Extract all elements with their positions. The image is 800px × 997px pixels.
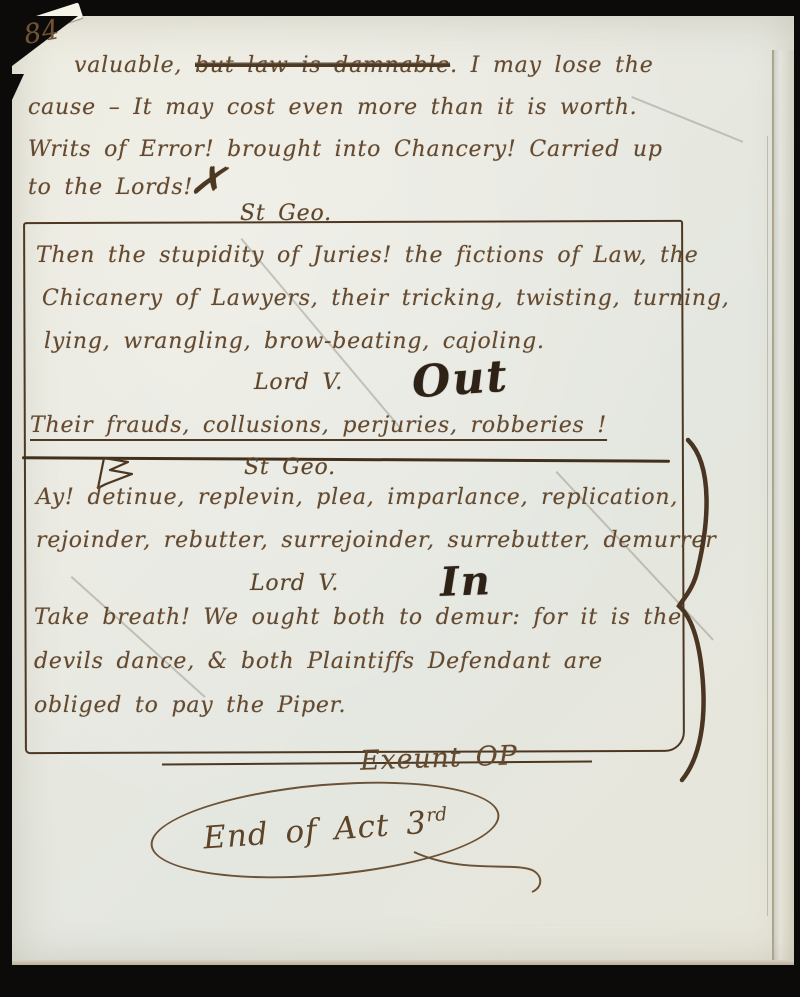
manuscript-line: rejoinder, rebutter, surrejoinder, surre… (36, 529, 717, 553)
pencil-stroke (631, 96, 743, 142)
stage-cue-out: Out (410, 351, 510, 409)
oval-flourish-tail (412, 844, 552, 894)
stage-cue-in: In (439, 557, 492, 606)
manuscript-line: to the Lords! (28, 176, 193, 200)
manuscript-line: obliged to pay the Piper. (34, 694, 346, 718)
x-mark-icon: ✗ (187, 156, 229, 207)
manuscript-page: 84 valuable, but law is damnable. I may … (12, 16, 794, 965)
manuscript-line: cause – It may cost even more than it is… (28, 96, 637, 120)
speaker-heading: Lord V. (254, 371, 343, 395)
manuscript-photo: 84 valuable, but law is damnable. I may … (0, 0, 800, 997)
manuscript-line: Then the stupidity of Juries! the fictio… (36, 244, 699, 268)
end-of-act-text: End of Act 3 (202, 805, 428, 857)
manuscript-line: Chicanery of Lawyers, their tricking, tw… (42, 287, 730, 311)
end-of-act-ordinal: rd (425, 804, 447, 826)
struck-text: but law is damnable (195, 53, 450, 78)
line-text: valuable, (74, 53, 182, 78)
page-number: 84 (22, 15, 63, 50)
torn-edge-notch (12, 74, 24, 100)
manuscript-line: Take breath! We ought both to demur: for… (34, 606, 682, 630)
right-brace-mark (674, 436, 728, 784)
page-crease (767, 136, 768, 916)
manuscript-line: devils dance, & both Plaintiffs Defendan… (34, 650, 603, 674)
speaker-heading: St Geo. (244, 456, 336, 480)
underlined-line: Their frauds, collusions, perjuries, rob… (30, 414, 607, 438)
manuscript-line: lying, wrangling, brow-beating, cajoling… (44, 330, 545, 354)
page-bottom-edge (12, 960, 794, 965)
manuscript-line: valuable, but law is damnable. I may los… (74, 54, 654, 78)
line-text: . I may lose the (450, 53, 653, 78)
speaker-heading: Lord V. (250, 572, 339, 596)
page-edge (772, 50, 794, 965)
manuscript-line: Writs of Error! brought into Chancery! C… (28, 138, 663, 162)
manuscript-line: Ay! detinue, replevin, plea, imparlance,… (36, 486, 678, 510)
exeunt-direction: Exeunt OP (360, 741, 519, 776)
